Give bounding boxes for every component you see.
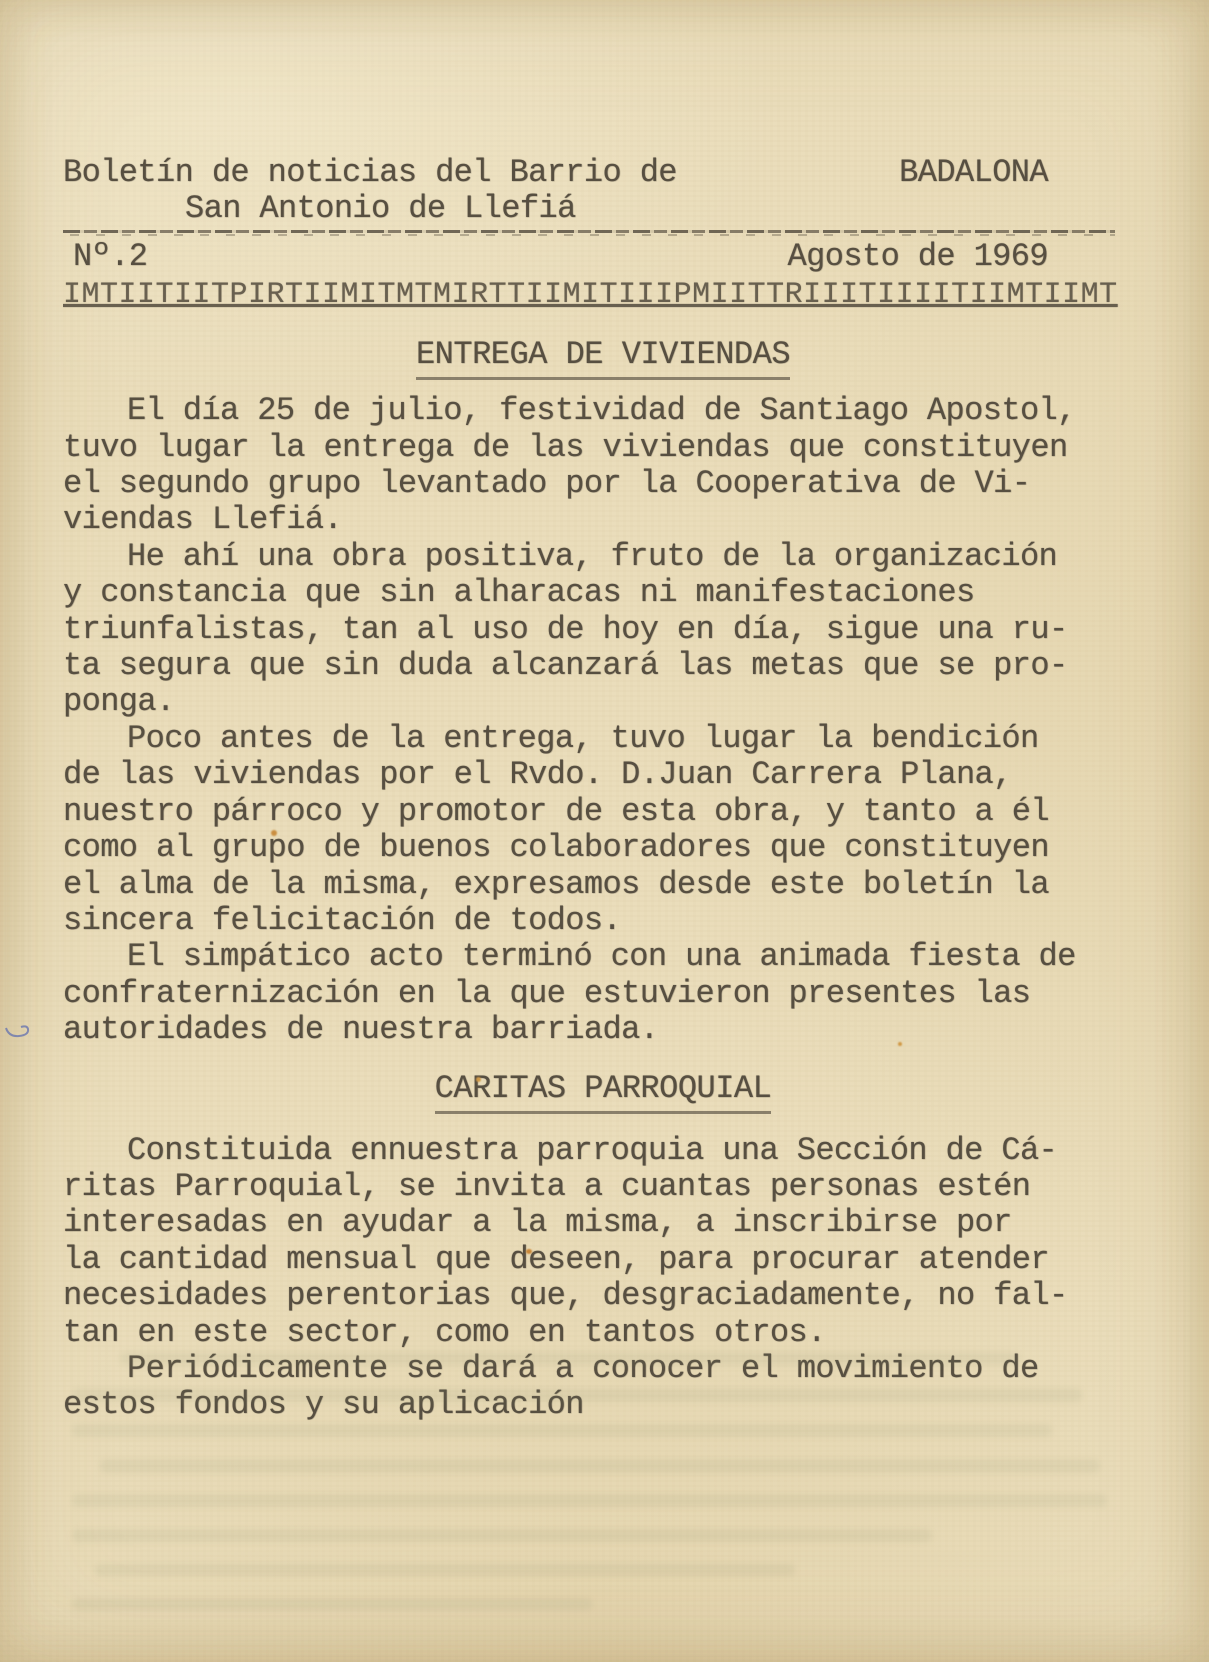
- section-heading: ENTREGA DE VIVIENDAS: [416, 336, 790, 380]
- bleed-through-smudge: [72, 1424, 1052, 1437]
- bleed-through-smudge: [95, 1564, 795, 1576]
- text-line: tuvo lugar la entrega de las viviendas q…: [63, 430, 1143, 466]
- decorative-strike-row: IMTIITIITPIRTIIMITMTMIRTTIIMITIIIPMIITTR…: [63, 278, 1143, 312]
- newsletter-page: Boletín de noticias del Barrio de San An…: [0, 0, 1209, 1662]
- rust-speck: [898, 1042, 902, 1046]
- paragraph: El día 25 de julio, festividad de Santia…: [63, 393, 1143, 539]
- bleed-through-smudge: [72, 1388, 1082, 1402]
- text-line: el alma de la misma, expresamos desde es…: [63, 867, 1143, 903]
- section-caritas-parroquial: CARITAS PARROQUIAL Constituida ennuestra…: [63, 1070, 1143, 1424]
- bleed-through-smudge: [72, 1529, 932, 1542]
- bleed-through-smudge: [120, 1352, 1020, 1365]
- text-line: ta segura que sin duda alcanzará las met…: [63, 648, 1143, 684]
- rust-speck: [271, 830, 277, 836]
- text-line: El simpático acto terminó con una animad…: [63, 939, 1143, 975]
- text-line: de las viviendas por el Rvdo. D.Juan Car…: [63, 757, 1143, 793]
- paragraph: Poco antes de la entrega, tuvo lugar la …: [63, 721, 1143, 939]
- text-line: Poco antes de la entrega, tuvo lugar la …: [63, 721, 1143, 757]
- text-line: interesadas en ayudar a la misma, a insc…: [63, 1205, 1143, 1241]
- issue-date: Agosto de 1969: [788, 239, 1143, 275]
- rust-speck: [476, 1077, 481, 1082]
- text-line: necesidades perentorias que, desgraciada…: [63, 1278, 1143, 1314]
- text-line: El día 25 de julio, festividad de Santia…: [63, 393, 1143, 429]
- paragraph: He ahí una obra positiva, fruto de la or…: [63, 539, 1143, 721]
- text-line: Constituida ennuestra parroquia una Secc…: [63, 1133, 1143, 1169]
- newsletter-title-line1: Boletín de noticias del Barrio de: [63, 155, 677, 191]
- text-line: ritas Parroquial, se invita a cuantas pe…: [63, 1169, 1143, 1205]
- bleed-through-smudge: [72, 1494, 1107, 1507]
- section-entrega-de-viviendas: ENTREGA DE VIVIENDAS El día 25 de julio,…: [63, 336, 1143, 1048]
- paragraph: Constituida ennuestra parroquia una Secc…: [63, 1133, 1143, 1351]
- bleed-through-smudge: [100, 1459, 1100, 1473]
- text-line: la cantidad mensual que deseen, para pro…: [63, 1242, 1143, 1278]
- masthead: Boletín de noticias del Barrio de San An…: [63, 155, 1143, 312]
- text-line: y constancia que sin alharacas ni manife…: [63, 575, 1143, 611]
- text-line: He ahí una obra positiva, fruto de la or…: [63, 539, 1143, 575]
- text-line: ponga.: [63, 684, 1143, 720]
- text-line: como al grupo de buenos colaboradores qu…: [63, 830, 1143, 866]
- text-line: nuestro párroco y promotor de esta obra,…: [63, 794, 1143, 830]
- paragraph: El simpático acto terminó con una animad…: [63, 939, 1143, 1048]
- text-line: sincera felicitación de todos.: [63, 903, 1143, 939]
- text-line: tan en este sector, como en tantos otros…: [63, 1315, 1143, 1351]
- text-line: autoridades de nuestra barriada.: [63, 1012, 1143, 1048]
- text-line: viendas Llefiá.: [63, 502, 1143, 538]
- rust-speck: [526, 1249, 532, 1254]
- blue-pen-mark: [3, 1012, 43, 1042]
- section-heading: CARITAS PARROQUIAL: [435, 1070, 772, 1114]
- issue-number: Nº.2: [63, 239, 147, 275]
- text-line: triunfalistas, tan al uso de hoy en día,…: [63, 612, 1143, 648]
- separator-rule: [63, 230, 1115, 237]
- city-name: BADALONA: [899, 155, 1143, 191]
- text-line: el segundo grupo levantado por la Cooper…: [63, 466, 1143, 502]
- newsletter-title: Boletín de noticias del Barrio de San An…: [63, 155, 677, 228]
- text-line: confraternización en la que estuvieron p…: [63, 976, 1143, 1012]
- newsletter-title-line2: San Antonio de Llefiá: [63, 191, 677, 227]
- bleed-through-smudge: [72, 1598, 592, 1610]
